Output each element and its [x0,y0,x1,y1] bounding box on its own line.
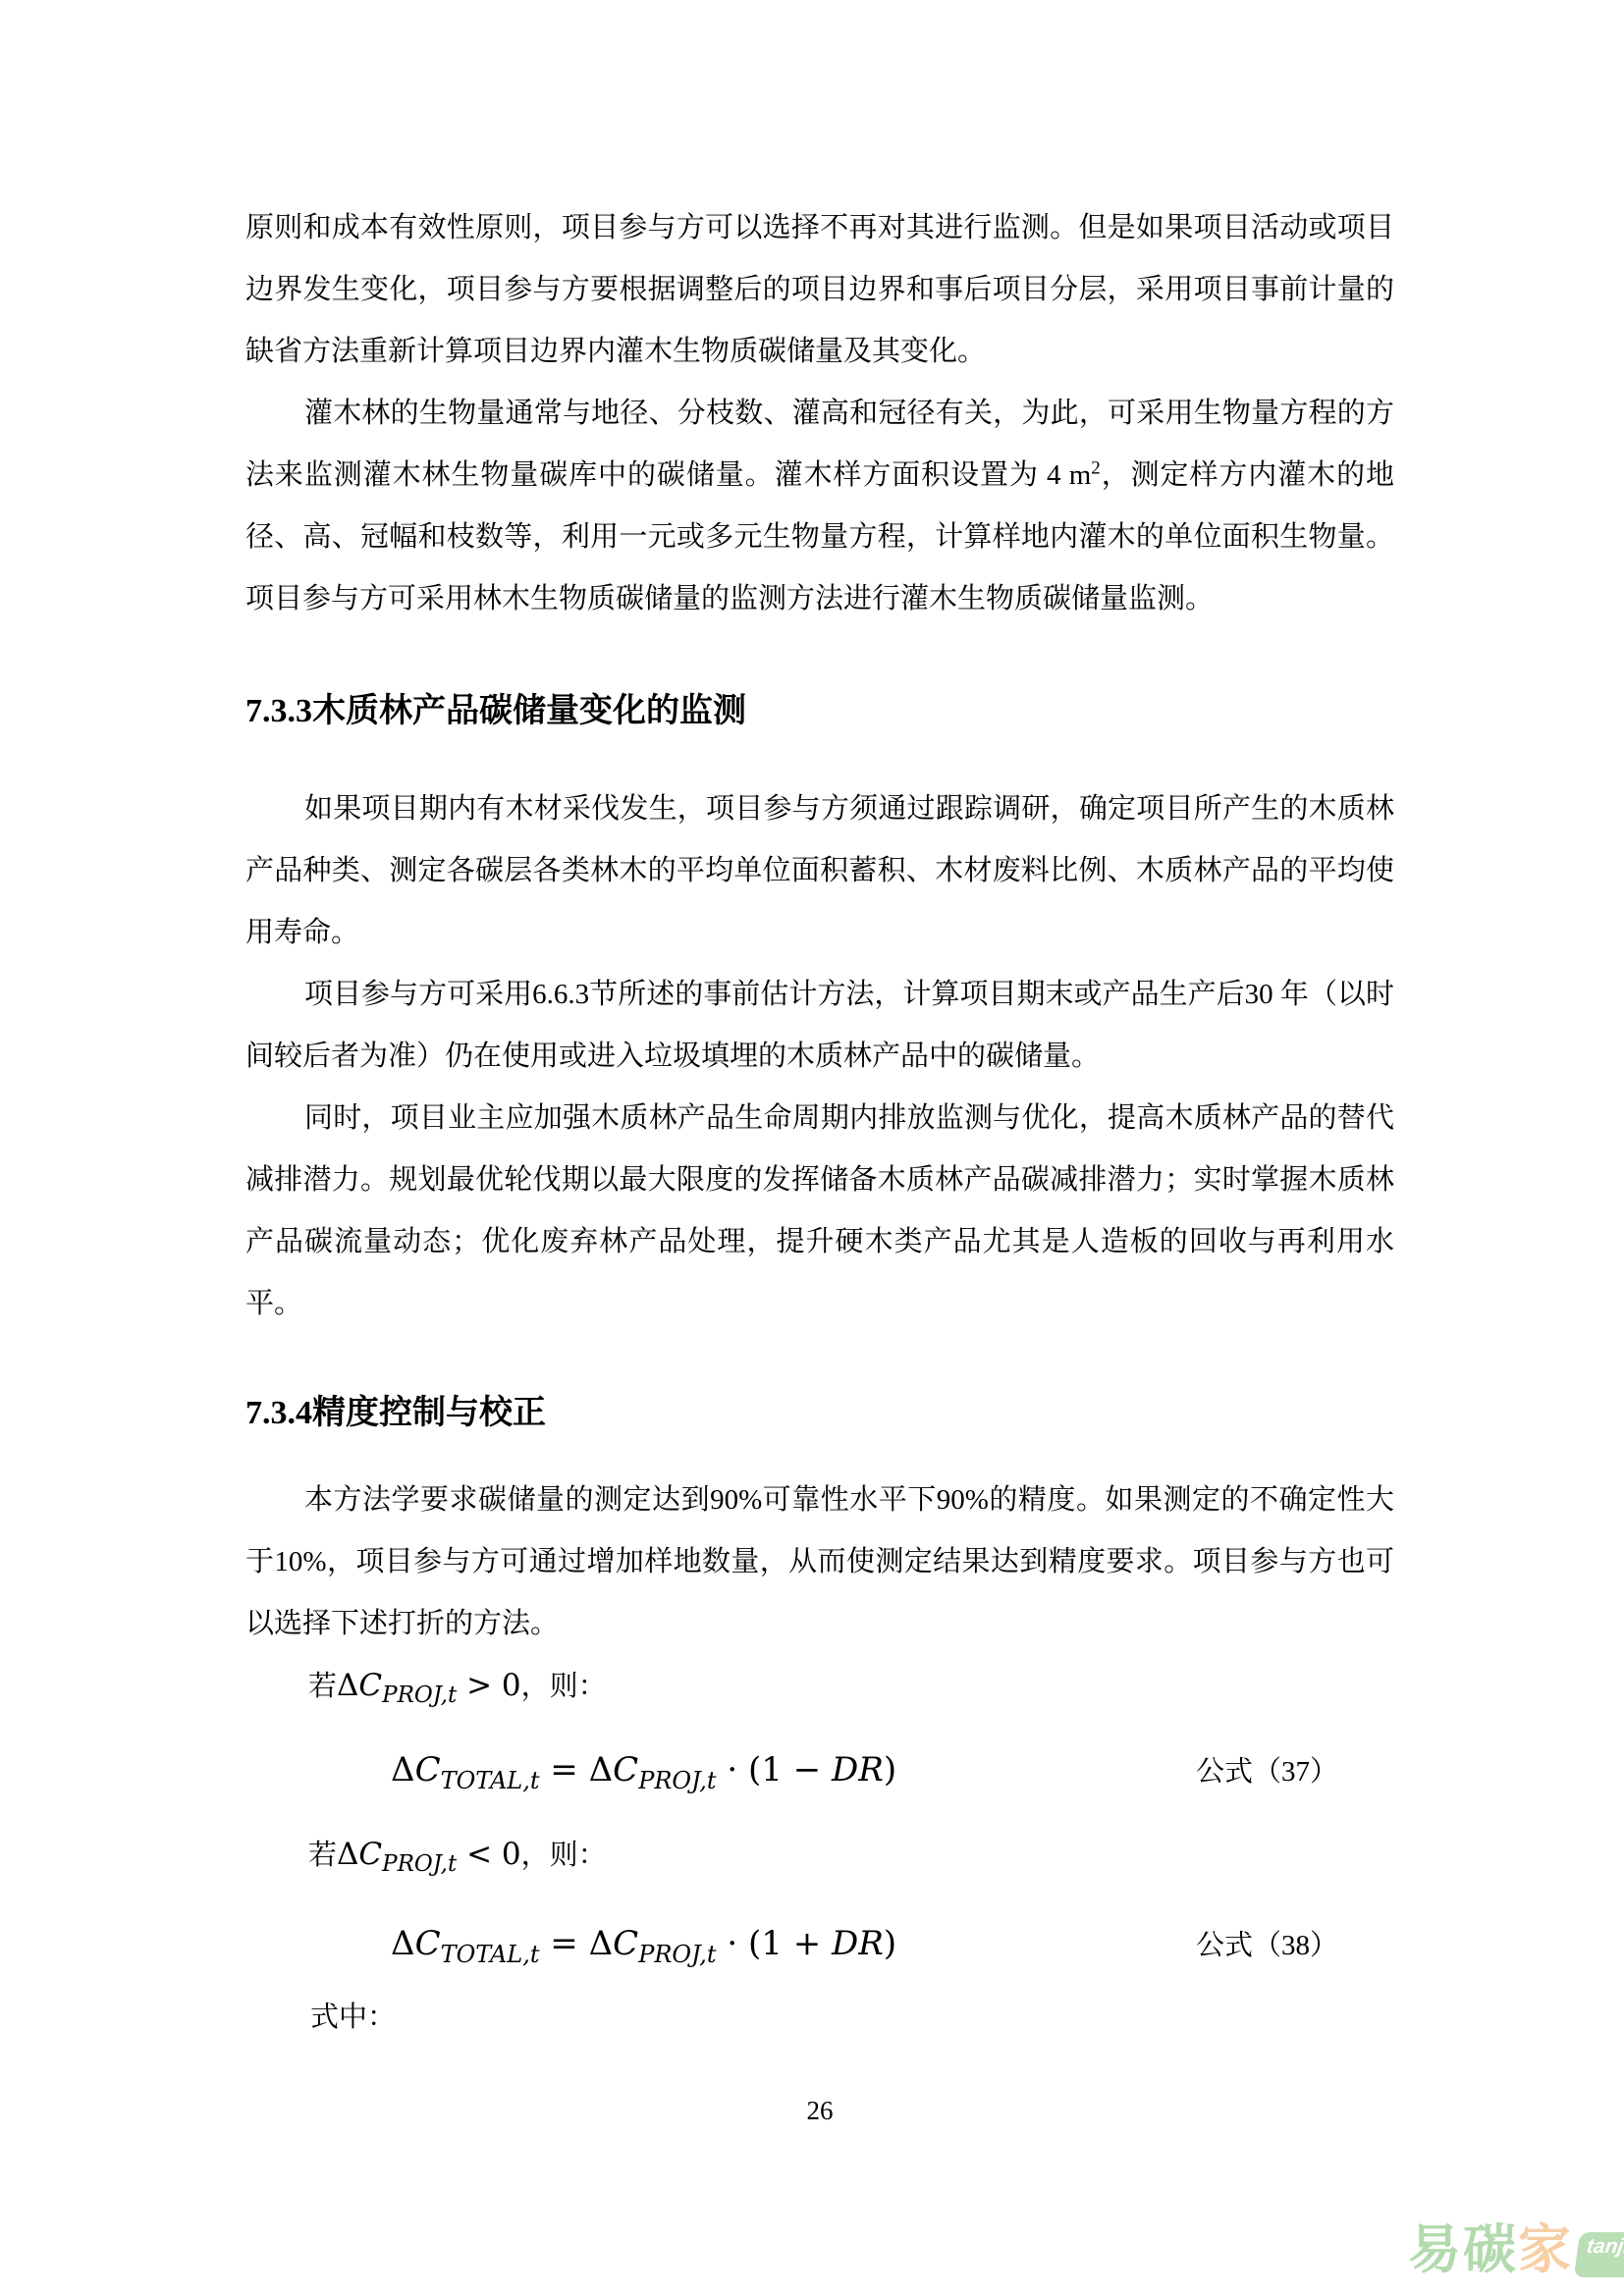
watermark-char-jia: 家 [1518,2220,1571,2279]
section-heading-7-3-3: 7.3.3木质林产品碳储量变化的监测 [245,677,1394,746]
formula-37-label: 公式（37） [1196,1741,1338,1803]
page-number: 26 [245,2094,1394,2127]
formula-37-row: ΔCTOTAL,t = ΔCPROJ,t · (1 − DR) 公式（37） [245,1739,1394,1803]
paragraph-4: 项目参与方可采用6.6.3节所述的事前估计方法，计算项目期末或产品生产后30 年… [245,964,1394,1088]
section-heading-7-3-4: 7.3.4精度控制与校正 [245,1379,1394,1448]
paragraph-5: 同时，项目业主应加强木质林产品生命周期内排放监测与优化，提高木质林产品的替代减排… [245,1088,1394,1335]
where-label: 式中： [310,1987,1394,2049]
formula-37-equation: ΔCTOTAL,t = ΔCPROJ,t · (1 − DR) [391,1739,896,1801]
paragraph-1: 原则和成本有效性原则，项目参与方可以选择不再对其进行监测。但是如果项目活动或项目… [245,197,1394,383]
paragraph-2: 灌木林的生物量通常与地径、分枝数、灌高和冠径有关，为此，可采用生物量方程的方法来… [245,383,1394,630]
paragraph-3: 如果项目期内有木材采伐发生，项目参与方须通过跟踪调研，确定项目所产生的木质林产品… [245,778,1394,964]
formula-38-equation: ΔCTOTAL,t = ΔCPROJ,t · (1 + DR) [391,1913,896,1975]
page-content: 原则和成本有效性原则，项目参与方可以选择不再对其进行监测。但是如果项目活动或项目… [245,0,1394,2049]
formula-37-condition: 若ΔCPROJ,t > 0，则： [308,1655,1394,1718]
formula-38-label: 公式（38） [1196,1915,1338,1977]
paragraph-6: 本方法学要求碳储量的测定达到90%可靠性水平下90%的精度。如果测定的不确定性大… [245,1469,1394,1655]
watermark-logo: 易 碳 家 tanjiaoyi .com [1408,2220,1624,2279]
square-meter-superscript: 2 [1091,457,1101,478]
document-page: 原则和成本有效性原则，项目参与方可以选择不再对其进行监测。但是如果项目活动或项目… [0,0,1624,2296]
formula-38-condition: 若ΔCPROJ,t < 0，则： [308,1824,1394,1887]
watermark-domain-badge: tanjiaoyi .com [1574,2232,1624,2277]
watermark-char-yi: 易 [1408,2220,1461,2279]
formula-38-row: ΔCTOTAL,t = ΔCPROJ,t · (1 + DR) 公式（38） [245,1913,1394,1977]
watermark-char-tan: 碳 [1463,2220,1516,2279]
watermark-domain-tld: .com [1583,2258,1624,2273]
watermark-domain-name: tanjiaoyi [1586,2235,1624,2258]
